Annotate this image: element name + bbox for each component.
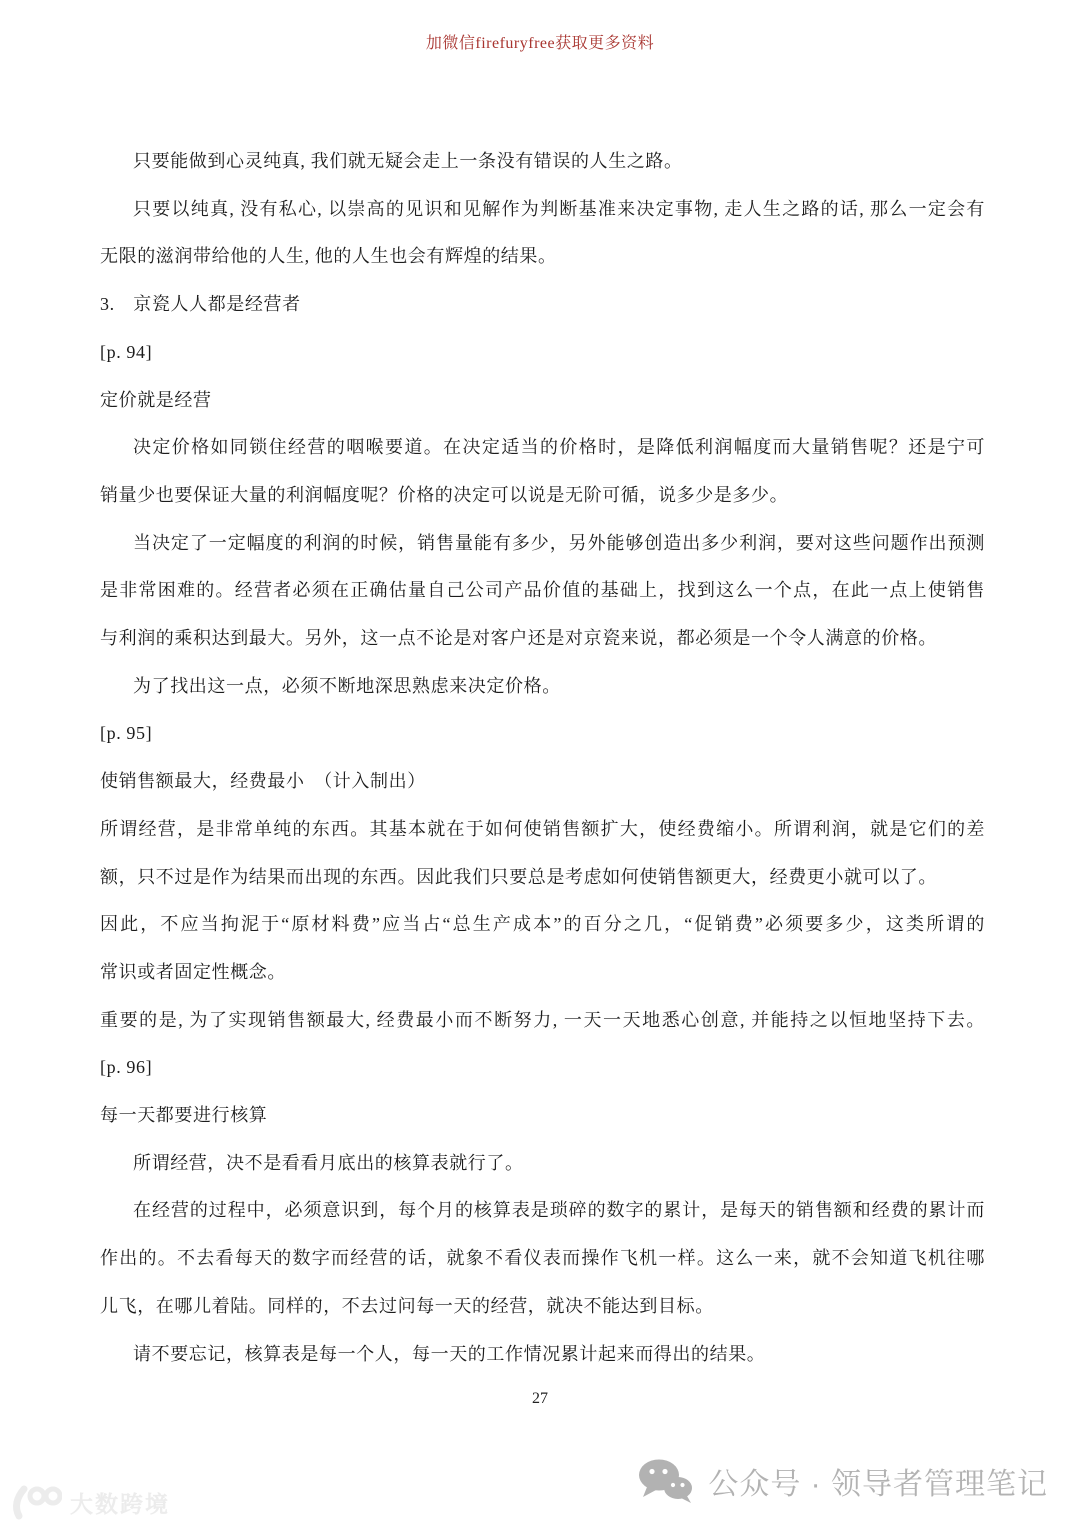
promo-banner: 加微信firefuryfree获取更多资料 [0,30,1080,53]
dashu-watermark: 大数跨境 [8,1483,170,1521]
dashu-100-logo-icon [8,1483,62,1521]
paragraph-line: 销量少也要保证大量的利润幅度呢？价格的决定可以说是无阶可循，说多少是多少。 [100,472,985,520]
paragraph-line: 决定价格如同锁住经营的咽喉要道。在决定适当的价格时，是降低利润幅度而大量销售呢？… [100,424,985,472]
page-marker: [p. 96] [100,1044,985,1092]
dashu-watermark-label: 大数跨境 [70,1486,170,1519]
paragraph-line: 在经营的过程中，必须意识到，每个月的核算表是琐碎的数字的累计，是每天的销售额和经… [100,1187,985,1235]
paragraph-line: 请不要忘记，核算表是每一个人，每一天的工作情况累计起来而得出的结果。 [100,1331,985,1379]
paragraph-line: 与利润的乘积达到最大。另外，这一点不论是对客户还是对京瓷来说，都必须是一个令人满… [100,615,985,663]
subheading: 每一天都要进行核算 [100,1092,985,1140]
wechat-icon [638,1459,694,1503]
subheading: 使销售额最大，经费最小 （计入制出） [100,758,985,806]
paragraph-line: 所谓经营，是非常单纯的东西。其基本就在于如何使销售额扩大，使经费缩小。所谓利润，… [100,806,985,854]
paragraph-line: 无限的滋润带给他的人生, 他的人生也会有辉煌的结果。 [100,233,985,281]
document-body: 只要能做到心灵纯真, 我们就无疑会走上一条没有错误的人生之路。 只要以纯真, 没… [100,138,985,1378]
paragraph-line: 只要以纯真, 没有私心, 以崇高的见识和见解作为判断基准来决定事物, 走人生之路… [100,186,985,234]
paragraph-line: 是非常困难的。经营者必须在正确估量自己公司产品价值的基础上，找到这么一个点，在此… [100,567,985,615]
document-page: 加微信firefuryfree获取更多资料 只要能做到心灵纯真, 我们就无疑会走… [0,0,1080,1527]
paragraph-line: 常识或者固定性概念。 [100,949,985,997]
page-number: 27 [0,1390,1080,1408]
paragraph-line: 儿飞，在哪儿着陆。同样的，不去过问每一天的经营，就决不能达到目标。 [100,1283,985,1331]
paragraph-line: 只要能做到心灵纯真, 我们就无疑会走上一条没有错误的人生之路。 [100,138,985,186]
paragraph-line: 为了找出这一点，必须不断地深思熟虑来决定价格。 [100,663,985,711]
subheading: 定价就是经营 [100,377,985,425]
section-heading: 3. 京瓷人人都是经营者 [100,281,985,329]
paragraph-line: 重要的是, 为了实现销售额最大, 经费最小而不断努力, 一天一天地悉心创意, 并… [100,997,985,1045]
page-marker: [p. 95] [100,710,985,758]
page-marker: [p. 94] [100,329,985,377]
paragraph-line: 所谓经营，决不是看看月底出的核算表就行了。 [100,1140,985,1188]
wechat-watermark: 公众号 · 领导者管理笔记 [638,1459,1048,1503]
paragraph-line: 额，只不过是作为结果而出现的东西。因此我们只要总是考虑如何使销售额更大，经费更小… [100,854,985,902]
wechat-watermark-label: 公众号 · 领导者管理笔记 [708,1459,1048,1503]
paragraph-line: 作出的。不去看每天的数字而经营的话，就象不看仪表而操作飞机一样。这么一来，就不会… [100,1235,985,1283]
paragraph-line: 当决定了一定幅度的利润的时候，销售量能有多少，另外能够创造出多少利润，要对这些问… [100,520,985,568]
paragraph-line: 因此，不应当拘泥于“原材料费”应当占“总生产成本”的百分之几，“促销费”必须要多… [100,901,985,949]
